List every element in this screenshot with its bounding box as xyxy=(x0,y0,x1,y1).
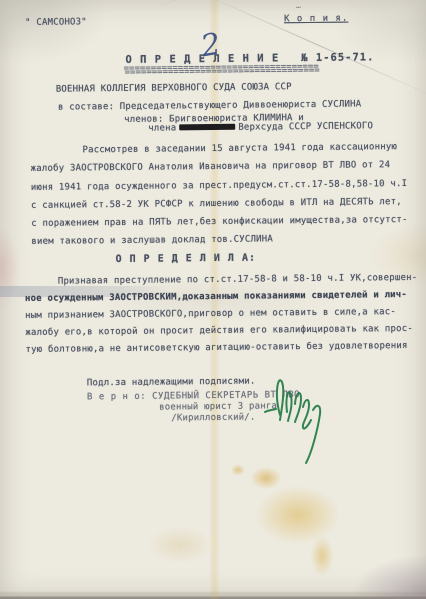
preamble-line: июня 1941 года осужденного за прест.пред… xyxy=(31,179,408,194)
resolution-line: тую болтовню,а не антисоветскую агитацию… xyxy=(25,341,407,356)
preamble-line: с поражением прав на ПЯТЬ лет,без конфис… xyxy=(31,215,408,230)
preamble-line: Рассмотрев в заседании 15 августа 1941 г… xyxy=(82,142,397,156)
preamble-line: с санкцией ст.58-2 УК РСФСР к лишению св… xyxy=(31,197,402,212)
resolution-line: ное осужденным ЗАОСТРОВСКИМ,доказанным п… xyxy=(25,290,407,305)
resolution-line: ным признанием ЗАОСТРОВСКОГО,приговор о … xyxy=(25,307,396,322)
composition-member2-line: членаВерхсуда СССР УСПЕНСКОГО xyxy=(148,121,373,134)
preamble-line: вием такового и заслушав доклад тов.СУСЛ… xyxy=(31,234,273,247)
preamble-line: жалобу ЗАОСТРОВСКОГО Анатолия Ивановича … xyxy=(31,160,391,175)
composition-chairman-line: в составе: Председательствующего Диввоен… xyxy=(58,99,362,113)
copy-label: К о п и я. xyxy=(284,14,348,25)
court-name-line: ВОЕННАЯ КОЛЛЕГИЯ ВЕРХОВНОГО СУДА СОЮЗА С… xyxy=(56,82,292,95)
green-ink-signature xyxy=(262,362,352,467)
verno-surname-line: /Кирилловский/. xyxy=(171,413,255,425)
original-signed-note: Подл.за надлежащими подписями. xyxy=(87,377,256,390)
resolution-line: жалобу его,в которой он просит действия … xyxy=(25,324,413,339)
resolution-line: Признавая преступление по ст.ст.17-58-8 … xyxy=(58,273,418,288)
title-underline-row2: ==================================== xyxy=(125,65,320,78)
member2-prefix: члена xyxy=(148,123,176,133)
typewritten-content: " САМСОНОЗ" К о п и я. 2 О П Р Е Д Е Л Е… xyxy=(0,0,426,599)
member2-suffix: Верхсуда СССР УСПЕНСКОГО xyxy=(238,121,373,132)
resolution-heading: О П Р Е Д Е Л И Л А: xyxy=(116,253,257,266)
verno-rank-line: военный юрист 3 ранга xyxy=(159,401,277,413)
scanned-document-page: … " САМСОНОЗ" К о п и я. 2 О П Р Е Д Е Л… xyxy=(0,0,426,599)
struck-out-word xyxy=(179,123,235,130)
case-label: " САМСОНОЗ" xyxy=(25,17,87,28)
